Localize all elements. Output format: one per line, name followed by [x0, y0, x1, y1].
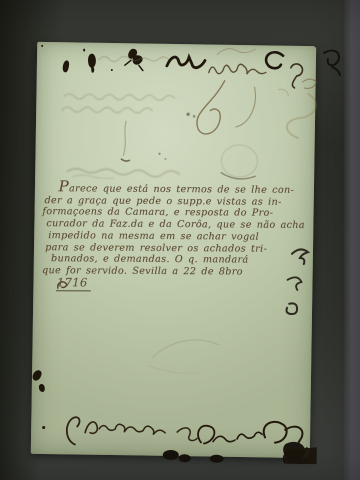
edge-ink-marks-right [277, 244, 320, 323]
ink-blot [61, 60, 70, 73]
edge-ink-blob-left [39, 384, 45, 392]
ink-blobs-bottom-edge [161, 448, 231, 465]
photograph: Parece que está nos termos de se lhe con… [0, 0, 360, 480]
signature-left [59, 404, 200, 454]
body-text: Parece que está nos termos de se lhe con… [42, 181, 309, 292]
background-ink-squiggle [318, 45, 348, 77]
flourish-curl-right [270, 88, 319, 143]
ink-speck [83, 49, 85, 52]
smudged-line [63, 162, 198, 180]
manuscript-paper: Parece que está nos termos de se lhe con… [31, 42, 316, 458]
ink-speck [111, 69, 113, 71]
ink-speck [41, 45, 43, 47]
date-value: 1716 [56, 277, 91, 291]
edge-ink-blob-left [31, 369, 42, 382]
ink-speck [42, 426, 45, 429]
date-line: 1716 [42, 277, 308, 293]
paper-crease [144, 330, 225, 375]
